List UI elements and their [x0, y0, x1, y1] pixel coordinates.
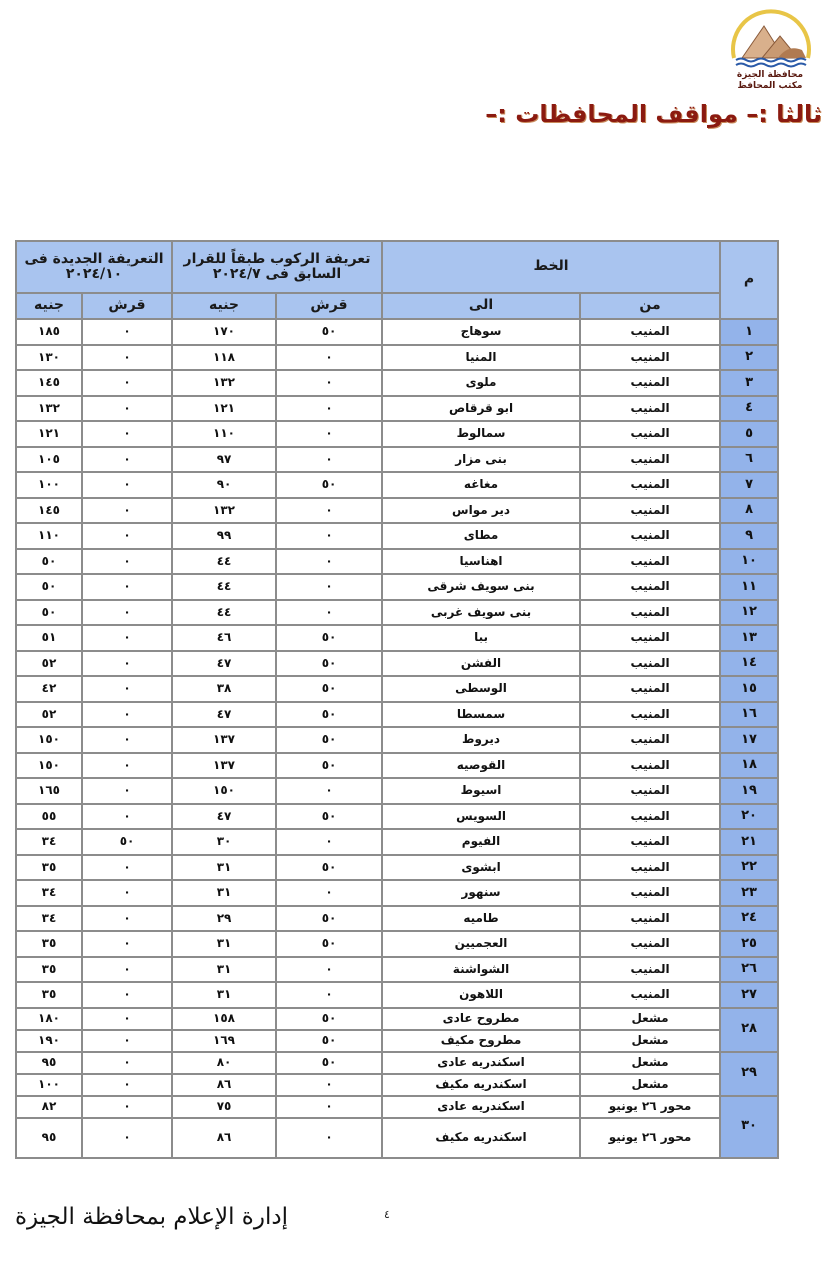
- old-pounds: ٩٩: [172, 523, 276, 549]
- old-piasters: ٥٠: [276, 906, 382, 932]
- route-from: المنيب: [580, 370, 720, 396]
- new-piasters: ٠: [82, 421, 172, 447]
- old-pounds: ١١٠: [172, 421, 276, 447]
- old-pounds: ٤٤: [172, 574, 276, 600]
- row-index: ٣٠: [720, 1096, 778, 1158]
- route-to: اسكندريه مكيف: [382, 1074, 580, 1096]
- new-piasters: ٠: [82, 549, 172, 575]
- table-row: ١٧المنيبديروط٥٠١٣٧٠١٥٠: [16, 727, 778, 753]
- row-index: ١٦: [720, 702, 778, 728]
- route-from: المنيب: [580, 396, 720, 422]
- header-old-pounds: جنيه: [172, 293, 276, 319]
- new-piasters: ٠: [82, 855, 172, 881]
- table-row: ٣٠محور ٢٦ يونيواسكندريه عادى٠٧٥٠٨٢: [16, 1096, 778, 1118]
- table-row: ٨المنيبدير مواس٠١٣٢٠١٤٥: [16, 498, 778, 524]
- table-row: ٢١المنيبالفيوم٠٣٠٥٠٣٤: [16, 829, 778, 855]
- table-row: ١٥المنيبالوسطى٥٠٣٨٠٤٢: [16, 676, 778, 702]
- old-piasters: ٥٠: [276, 676, 382, 702]
- row-index: ١٩: [720, 778, 778, 804]
- old-piasters: ٥٠: [276, 1030, 382, 1052]
- old-piasters: ٠: [276, 370, 382, 396]
- new-piasters: ٠: [82, 702, 172, 728]
- route-to: اسيوط: [382, 778, 580, 804]
- table-row: ٥المنيبسمالوط٠١١٠٠١٢١: [16, 421, 778, 447]
- row-index: ٦: [720, 447, 778, 473]
- old-pounds: ٨٦: [172, 1118, 276, 1158]
- old-piasters: ٠: [276, 957, 382, 983]
- route-from: المنيب: [580, 549, 720, 575]
- table-row: ٢٥المنيبالعجميين٥٠٣١٠٣٥: [16, 931, 778, 957]
- table-row: ١٣المنيبببا٥٠٤٦٠٥١: [16, 625, 778, 651]
- old-pounds: ٤٦: [172, 625, 276, 651]
- old-pounds: ٣١: [172, 982, 276, 1008]
- route-from: المنيب: [580, 829, 720, 855]
- route-to: الفيوم: [382, 829, 580, 855]
- route-from: المنيب: [580, 345, 720, 371]
- new-pounds: ١٤٥: [16, 498, 82, 524]
- route-from: مشعل: [580, 1008, 720, 1030]
- new-piasters: ٠: [82, 1096, 172, 1118]
- new-piasters: ٥٠: [82, 829, 172, 855]
- row-index: ٢٤: [720, 906, 778, 932]
- old-piasters: ٥٠: [276, 319, 382, 345]
- old-pounds: ٣٠: [172, 829, 276, 855]
- route-to: مطاى: [382, 523, 580, 549]
- old-piasters: ٠: [276, 549, 382, 575]
- table-row: ١١المنيببنى سويف شرقى٠٤٤٠٥٠: [16, 574, 778, 600]
- route-from: المنيب: [580, 982, 720, 1008]
- row-index: ٢: [720, 345, 778, 371]
- route-from: المنيب: [580, 651, 720, 677]
- old-pounds: ٤٤: [172, 549, 276, 575]
- old-pounds: ٣١: [172, 931, 276, 957]
- route-to: سنهور: [382, 880, 580, 906]
- table-row: ١٨المنيبالقوصيه٥٠١٣٧٠١٥٠: [16, 753, 778, 779]
- route-to: ابو قرقاص: [382, 396, 580, 422]
- logo-caption: محافظة الجيزة مكتب المحافظ: [715, 70, 825, 92]
- table-row: ٢المنيبالمنيا٠١١٨٠١٣٠: [16, 345, 778, 371]
- route-to: ديروط: [382, 727, 580, 753]
- route-from: المنيب: [580, 447, 720, 473]
- section-title: ثالثا :– مواقف المحافظات :–: [485, 100, 822, 128]
- old-pounds: ١٥٠: [172, 778, 276, 804]
- old-pounds: ٣١: [172, 957, 276, 983]
- row-index: ٨: [720, 498, 778, 524]
- new-piasters: ٠: [82, 370, 172, 396]
- row-index: ٢٩: [720, 1052, 778, 1096]
- table-row: ٦المنيببنى مزار٠٩٧٠١٠٥: [16, 447, 778, 473]
- fares-table: م الخط تعريفة الركوب طبقاً للقرار السابق…: [15, 240, 779, 1159]
- route-from: المنيب: [580, 574, 720, 600]
- old-pounds: ١٥٨: [172, 1008, 276, 1030]
- table-row: ٣المنيبملوى٠١٣٢٠١٤٥: [16, 370, 778, 396]
- new-pounds: ٣٤: [16, 829, 82, 855]
- header-new-pounds: جنيه: [16, 293, 82, 319]
- route-to: السويس: [382, 804, 580, 830]
- route-from: المنيب: [580, 906, 720, 932]
- table-row: ٩المنيبمطاى٠٩٩٠١١٠: [16, 523, 778, 549]
- route-to: مغاغه: [382, 472, 580, 498]
- page-number: ٤: [384, 1208, 390, 1221]
- old-pounds: ٧٥: [172, 1096, 276, 1118]
- new-piasters: ٠: [82, 880, 172, 906]
- route-from: المنيب: [580, 421, 720, 447]
- route-to: مطروح مكيف: [382, 1030, 580, 1052]
- old-piasters: ٠: [276, 396, 382, 422]
- row-index: ١٧: [720, 727, 778, 753]
- old-piasters: ٠: [276, 880, 382, 906]
- route-to: القوصيه: [382, 753, 580, 779]
- new-pounds: ٤٢: [16, 676, 82, 702]
- route-to: الشواشنة: [382, 957, 580, 983]
- table-row: ٢٣المنيبسنهور٠٣١٠٣٤: [16, 880, 778, 906]
- header-new-piasters: قرش: [82, 293, 172, 319]
- row-index: ١١: [720, 574, 778, 600]
- pyramids-logo-icon: [722, 8, 818, 70]
- route-to: العجميين: [382, 931, 580, 957]
- new-piasters: ٠: [82, 982, 172, 1008]
- new-pounds: ٥٢: [16, 651, 82, 677]
- new-piasters: ٠: [82, 753, 172, 779]
- new-piasters: ٠: [82, 931, 172, 957]
- new-pounds: ١٢١: [16, 421, 82, 447]
- route-to: بنى سويف غربى: [382, 600, 580, 626]
- row-index: ٢٣: [720, 880, 778, 906]
- route-to: ابشوى: [382, 855, 580, 881]
- header-route: الخط: [382, 241, 720, 293]
- table-row: ١٢المنيببنى سويف غربى٠٤٤٠٥٠: [16, 600, 778, 626]
- row-index: ١٣: [720, 625, 778, 651]
- old-pounds: ١١٨: [172, 345, 276, 371]
- header-to: الى: [382, 293, 580, 319]
- new-pounds: ٥١: [16, 625, 82, 651]
- table-row: مشعلمطروح مكيف٥٠١٦٩٠١٩٠: [16, 1030, 778, 1052]
- old-pounds: ٩٧: [172, 447, 276, 473]
- route-to: اسكندريه مكيف: [382, 1118, 580, 1158]
- table-row: ١٠المنيباهناسيا٠٤٤٠٥٠: [16, 549, 778, 575]
- route-from: المنيب: [580, 880, 720, 906]
- new-piasters: ٠: [82, 600, 172, 626]
- old-pounds: ٨٠: [172, 1052, 276, 1074]
- header-old-piasters: قرش: [276, 293, 382, 319]
- route-from: المنيب: [580, 600, 720, 626]
- route-to: اسكندريه عادى: [382, 1096, 580, 1118]
- route-from: المنيب: [580, 702, 720, 728]
- new-piasters: ٠: [82, 676, 172, 702]
- row-index: ٣: [720, 370, 778, 396]
- new-pounds: ٣٥: [16, 957, 82, 983]
- route-from: المنيب: [580, 727, 720, 753]
- row-index: ١٥: [720, 676, 778, 702]
- new-pounds: ١٨٠: [16, 1008, 82, 1030]
- table-row: ٢٨مشعلمطروح عادى٥٠١٥٨٠١٨٠: [16, 1008, 778, 1030]
- new-pounds: ١٦٥: [16, 778, 82, 804]
- route-to: الوسطى: [382, 676, 580, 702]
- row-index: ١: [720, 319, 778, 345]
- logo-line-2: مكتب المحافظ: [715, 81, 825, 92]
- new-pounds: ٣٤: [16, 906, 82, 932]
- new-pounds: ٩٥: [16, 1052, 82, 1074]
- row-index: ٧: [720, 472, 778, 498]
- old-pounds: ٣١: [172, 880, 276, 906]
- old-piasters: ٠: [276, 600, 382, 626]
- header-old-fare: تعريفة الركوب طبقاً للقرار السابق فى ٢٠٢…: [172, 241, 382, 293]
- row-index: ١٤: [720, 651, 778, 677]
- old-piasters: ٥٠: [276, 1008, 382, 1030]
- old-piasters: ٥٠: [276, 651, 382, 677]
- new-piasters: ٠: [82, 523, 172, 549]
- old-pounds: ١٣٧: [172, 727, 276, 753]
- route-to: اهناسيا: [382, 549, 580, 575]
- route-from: محور ٢٦ يونيو: [580, 1096, 720, 1118]
- header-from: من: [580, 293, 720, 319]
- new-pounds: ٣٤: [16, 880, 82, 906]
- table-row: ٤المنيبابو قرقاص٠١٢١٠١٣٢: [16, 396, 778, 422]
- old-piasters: ٠: [276, 982, 382, 1008]
- row-index: ٢٨: [720, 1008, 778, 1052]
- old-pounds: ٤٧: [172, 804, 276, 830]
- new-pounds: ٥٠: [16, 549, 82, 575]
- new-piasters: ٠: [82, 1052, 172, 1074]
- row-index: ٥: [720, 421, 778, 447]
- old-piasters: ٥٠: [276, 472, 382, 498]
- old-piasters: ٥٠: [276, 855, 382, 881]
- new-pounds: ١١٠: [16, 523, 82, 549]
- table-row: ١٤المنيبالفشن٥٠٤٧٠٥٢: [16, 651, 778, 677]
- new-pounds: ٣٥: [16, 982, 82, 1008]
- old-piasters: ٥٠: [276, 702, 382, 728]
- new-piasters: ٠: [82, 651, 172, 677]
- new-pounds: ١٩٠: [16, 1030, 82, 1052]
- old-piasters: ٠: [276, 498, 382, 524]
- old-pounds: ١٣٢: [172, 370, 276, 396]
- new-pounds: ٥٠: [16, 574, 82, 600]
- new-pounds: ٨٢: [16, 1096, 82, 1118]
- row-index: ٢٦: [720, 957, 778, 983]
- new-piasters: ٠: [82, 447, 172, 473]
- route-from: المنيب: [580, 498, 720, 524]
- row-index: ٤: [720, 396, 778, 422]
- route-from: المنيب: [580, 804, 720, 830]
- new-piasters: ٠: [82, 345, 172, 371]
- route-from: مشعل: [580, 1052, 720, 1074]
- table-row: ٢٢المنيبابشوى٥٠٣١٠٣٥: [16, 855, 778, 881]
- old-pounds: ١٣٢: [172, 498, 276, 524]
- new-piasters: ٠: [82, 957, 172, 983]
- old-pounds: ١٣٧: [172, 753, 276, 779]
- route-from: المنيب: [580, 753, 720, 779]
- old-piasters: ٠: [276, 778, 382, 804]
- route-from: المنيب: [580, 319, 720, 345]
- old-piasters: ٠: [276, 1118, 382, 1158]
- row-index: ٢١: [720, 829, 778, 855]
- old-pounds: ١٧٠: [172, 319, 276, 345]
- row-index: ٢٧: [720, 982, 778, 1008]
- route-to: اللاهون: [382, 982, 580, 1008]
- route-from: المنيب: [580, 931, 720, 957]
- row-index: ٢٢: [720, 855, 778, 881]
- route-from: المنيب: [580, 957, 720, 983]
- new-pounds: ١٠٥: [16, 447, 82, 473]
- new-piasters: ٠: [82, 727, 172, 753]
- route-from: المنيب: [580, 523, 720, 549]
- old-piasters: ٠: [276, 421, 382, 447]
- new-piasters: ٠: [82, 1008, 172, 1030]
- route-to: سمالوط: [382, 421, 580, 447]
- route-to: سوهاج: [382, 319, 580, 345]
- old-piasters: ٠: [276, 345, 382, 371]
- new-pounds: ١٤٥: [16, 370, 82, 396]
- row-index: ١٢: [720, 600, 778, 626]
- row-index: ٩: [720, 523, 778, 549]
- route-from: محور ٢٦ يونيو: [580, 1118, 720, 1158]
- route-to: ببا: [382, 625, 580, 651]
- table-row: محور ٢٦ يونيواسكندريه مكيف٠٨٦٠٩٥: [16, 1118, 778, 1158]
- old-piasters: ٥٠: [276, 804, 382, 830]
- new-pounds: ٣٥: [16, 931, 82, 957]
- table-row: ٢٤المنيبطاميه٥٠٢٩٠٣٤: [16, 906, 778, 932]
- new-pounds: ٥٥: [16, 804, 82, 830]
- old-pounds: ٣١: [172, 855, 276, 881]
- table-row: ١٩المنيباسيوط٠١٥٠٠١٦٥: [16, 778, 778, 804]
- old-pounds: ٩٠: [172, 472, 276, 498]
- old-pounds: ١٦٩: [172, 1030, 276, 1052]
- new-piasters: ٠: [82, 1030, 172, 1052]
- route-from: مشعل: [580, 1030, 720, 1052]
- route-to: مطروح عادى: [382, 1008, 580, 1030]
- old-pounds: ٣٨: [172, 676, 276, 702]
- new-piasters: ٠: [82, 625, 172, 651]
- new-pounds: ١٨٥: [16, 319, 82, 345]
- old-piasters: ٥٠: [276, 1052, 382, 1074]
- old-piasters: ٠: [276, 574, 382, 600]
- old-pounds: ٤٧: [172, 651, 276, 677]
- route-to: طاميه: [382, 906, 580, 932]
- new-piasters: ٠: [82, 574, 172, 600]
- route-to: بنى سويف شرقى: [382, 574, 580, 600]
- table-row: ١المنيبسوهاج٥٠١٧٠٠١٨٥: [16, 319, 778, 345]
- route-from: المنيب: [580, 676, 720, 702]
- old-piasters: ٥٠: [276, 753, 382, 779]
- new-piasters: ٠: [82, 472, 172, 498]
- table-row: ١٦المنيبسمسطا٥٠٤٧٠٥٢: [16, 702, 778, 728]
- old-piasters: ٥٠: [276, 625, 382, 651]
- route-from: المنيب: [580, 855, 720, 881]
- old-piasters: ٠: [276, 829, 382, 855]
- route-to: الفشن: [382, 651, 580, 677]
- old-piasters: ٥٠: [276, 931, 382, 957]
- old-piasters: ٥٠: [276, 727, 382, 753]
- old-pounds: ١٢١: [172, 396, 276, 422]
- new-piasters: ٠: [82, 498, 172, 524]
- old-pounds: ٤٤: [172, 600, 276, 626]
- new-piasters: ٠: [82, 396, 172, 422]
- new-pounds: ٩٥: [16, 1118, 82, 1158]
- new-pounds: ٥٢: [16, 702, 82, 728]
- route-to: بنى مزار: [382, 447, 580, 473]
- route-to: اسكندريه عادى: [382, 1052, 580, 1074]
- new-pounds: ٣٥: [16, 855, 82, 881]
- new-piasters: ٠: [82, 319, 172, 345]
- new-pounds: ١٣٢: [16, 396, 82, 422]
- route-from: المنيب: [580, 778, 720, 804]
- table-row: ٢٠المنيبالسويس٥٠٤٧٠٥٥: [16, 804, 778, 830]
- table-row: ٧المنيبمغاغه٥٠٩٠٠١٠٠: [16, 472, 778, 498]
- new-pounds: ١٠٠: [16, 1074, 82, 1096]
- new-piasters: ٠: [82, 804, 172, 830]
- new-piasters: ٠: [82, 906, 172, 932]
- header-index: م: [720, 241, 778, 319]
- old-piasters: ٠: [276, 1074, 382, 1096]
- new-pounds: ١٥٠: [16, 753, 82, 779]
- old-pounds: ٨٦: [172, 1074, 276, 1096]
- route-to: ملوى: [382, 370, 580, 396]
- header-new-fare: التعريفة الجديدة فى ٢٠٢٤/١٠: [16, 241, 172, 293]
- logo-line-1: محافظة الجيزة: [715, 70, 825, 81]
- row-index: ١٠: [720, 549, 778, 575]
- table-row: ٢٩مشعلاسكندريه عادى٥٠٨٠٠٩٥: [16, 1052, 778, 1074]
- new-piasters: ٠: [82, 778, 172, 804]
- old-piasters: ٠: [276, 447, 382, 473]
- old-pounds: ٢٩: [172, 906, 276, 932]
- row-index: ٢٠: [720, 804, 778, 830]
- old-piasters: ٠: [276, 523, 382, 549]
- table-row: ٢٦المنيبالشواشنة٠٣١٠٣٥: [16, 957, 778, 983]
- route-from: مشعل: [580, 1074, 720, 1096]
- row-index: ١٨: [720, 753, 778, 779]
- route-to: المنيا: [382, 345, 580, 371]
- route-to: سمسطا: [382, 702, 580, 728]
- old-piasters: ٠: [276, 1096, 382, 1118]
- new-pounds: ١٣٠: [16, 345, 82, 371]
- route-to: دير مواس: [382, 498, 580, 524]
- new-pounds: ١٠٠: [16, 472, 82, 498]
- footer-text: إدارة الإعلام بمحافظة الجيزة: [15, 1204, 288, 1230]
- table-row: مشعلاسكندريه مكيف٠٨٦٠١٠٠: [16, 1074, 778, 1096]
- new-piasters: ٠: [82, 1118, 172, 1158]
- new-pounds: ٥٠: [16, 600, 82, 626]
- route-from: المنيب: [580, 472, 720, 498]
- route-from: المنيب: [580, 625, 720, 651]
- row-index: ٢٥: [720, 931, 778, 957]
- table-row: ٢٧المنيباللاهون٠٣١٠٣٥: [16, 982, 778, 1008]
- new-pounds: ١٥٠: [16, 727, 82, 753]
- new-piasters: ٠: [82, 1074, 172, 1096]
- old-pounds: ٤٧: [172, 702, 276, 728]
